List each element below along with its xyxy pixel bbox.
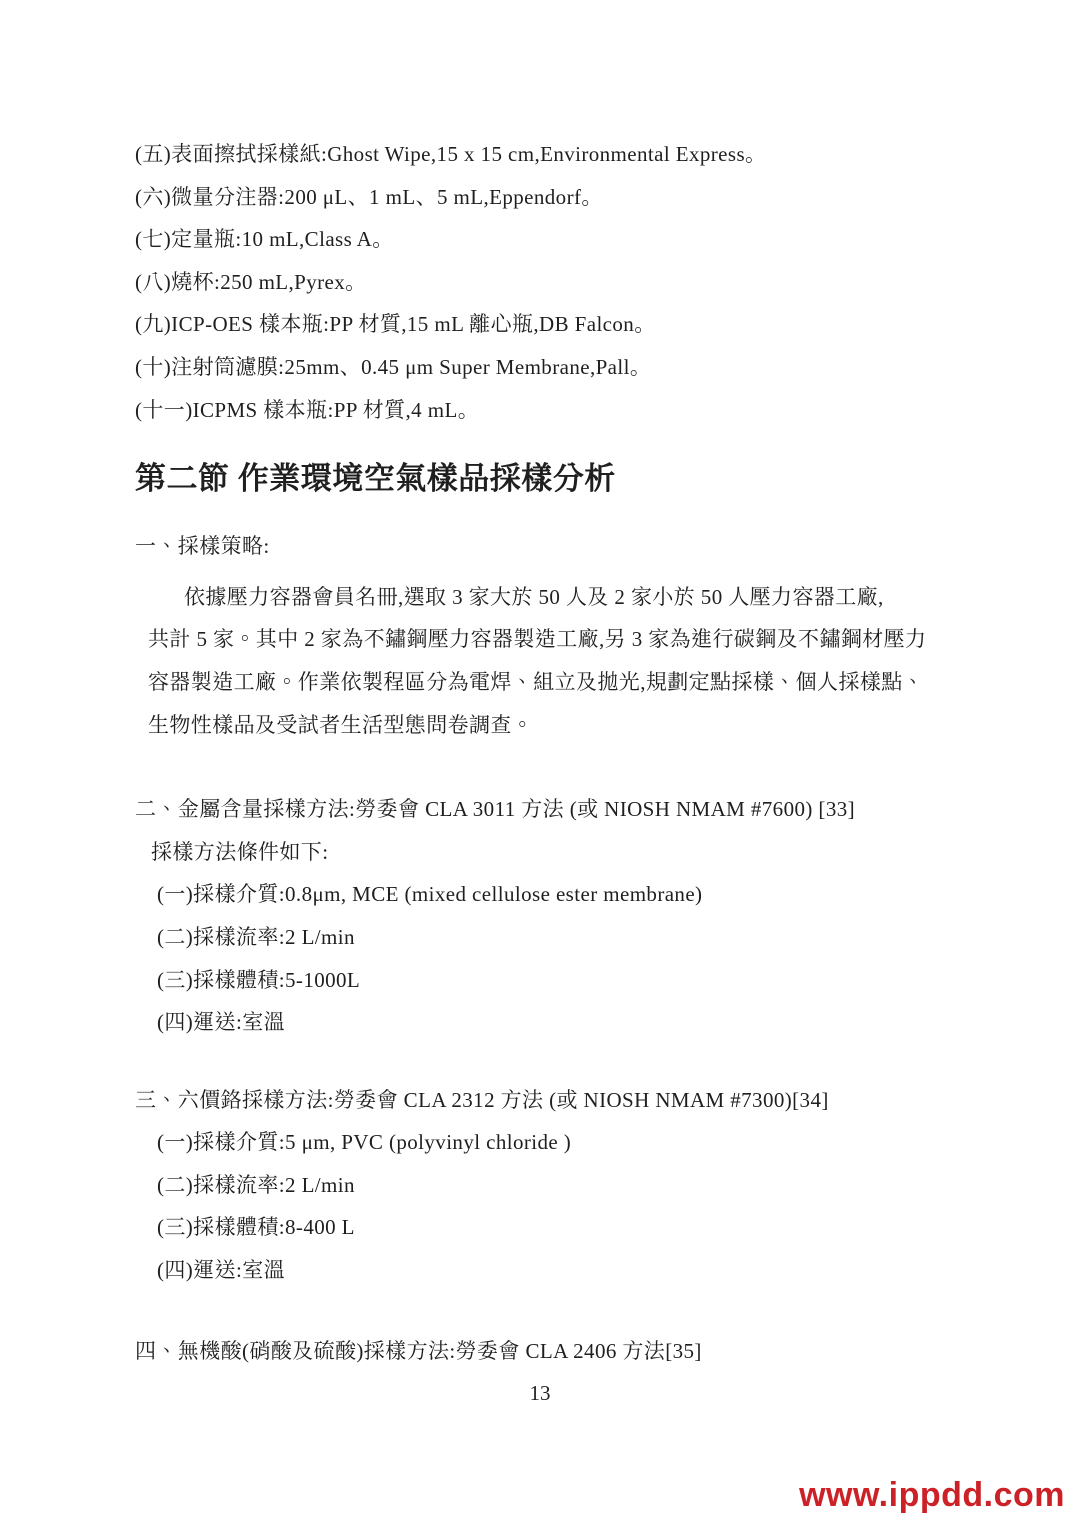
method-item: (二)採樣流率:2 L/min xyxy=(157,916,980,959)
section-heading: 第二節 作業環境空氣樣品採樣分析 xyxy=(135,455,980,503)
list-item: (五)表面擦拭採樣紙:Ghost Wipe,15 x 15 cm,Environ… xyxy=(135,133,980,176)
subsection-title: 一、採樣策略: xyxy=(135,525,980,568)
method-item: (三)採樣體積:8-400 L xyxy=(157,1206,980,1249)
method-conditions-intro: 採樣方法條件如下: xyxy=(151,831,980,874)
method-item: (二)採樣流率:2 L/min xyxy=(157,1164,980,1207)
method-item: (三)採樣體積:5-1000L xyxy=(157,959,980,1002)
paragraph-line: 共計 5 家。其中 2 家為不鏽鋼壓力容器製造工廠,另 3 家為進行碳鋼及不鏽鋼… xyxy=(148,618,980,661)
paragraph-line: 容器製造工廠。作業依製程區分為電焊、組立及拋光,規劃定點採樣、個人採樣點、 xyxy=(148,661,980,704)
document-content: (五)表面擦拭採樣紙:Ghost Wipe,15 x 15 cm,Environ… xyxy=(135,133,980,1372)
method-item: (一)採樣介質:0.8μm, MCE (mixed cellulose este… xyxy=(157,873,980,916)
list-item: (八)燒杯:250 mL,Pyrex。 xyxy=(135,261,980,304)
list-item: (七)定量瓶:10 mL,Class A。 xyxy=(135,218,980,261)
list-item: (十)注射筒濾膜:25mm、0.45 μm Super Membrane,Pal… xyxy=(135,346,980,389)
list-item: (十一)ICPMS 樣本瓶:PP 材質,4 mL。 xyxy=(135,389,980,432)
watermark-url: www.ippdd.com xyxy=(799,1478,1065,1512)
method-item: (四)運送:室溫 xyxy=(157,1249,980,1292)
subsection-title: 三、六價鉻採樣方法:勞委會 CLA 2312 方法 (或 NIOSH NMAM … xyxy=(135,1079,980,1122)
list-item: (九)ICP-OES 樣本瓶:PP 材質,15 mL 離心瓶,DB Falcon… xyxy=(135,303,980,346)
list-item: (六)微量分注器:200 μL、1 mL、5 mL,Eppendorf。 xyxy=(135,176,980,219)
subsection-title: 四、無機酸(硝酸及硫酸)採樣方法:勞委會 CLA 2406 方法[35] xyxy=(135,1330,980,1373)
page-number: 13 xyxy=(0,1382,1080,1404)
strategy-paragraph: 依據壓力容器會員名冊,選取 3 家大於 50 人及 2 家小於 50 人壓力容器… xyxy=(148,576,980,746)
paragraph-line: 生物性樣品及受試者生活型態問卷調查。 xyxy=(148,704,980,747)
subsection-title: 二、金屬含量採樣方法:勞委會 CLA 3011 方法 (或 NIOSH NMAM… xyxy=(135,788,980,831)
document-page: (五)表面擦拭採樣紙:Ghost Wipe,15 x 15 cm,Environ… xyxy=(0,0,1080,1527)
method-item: (一)採樣介質:5 μm, PVC (polyvinyl chloride ) xyxy=(157,1121,980,1164)
paragraph-line: 依據壓力容器會員名冊,選取 3 家大於 50 人及 2 家小於 50 人壓力容器… xyxy=(148,576,980,619)
method-item: (四)運送:室溫 xyxy=(157,1001,980,1044)
